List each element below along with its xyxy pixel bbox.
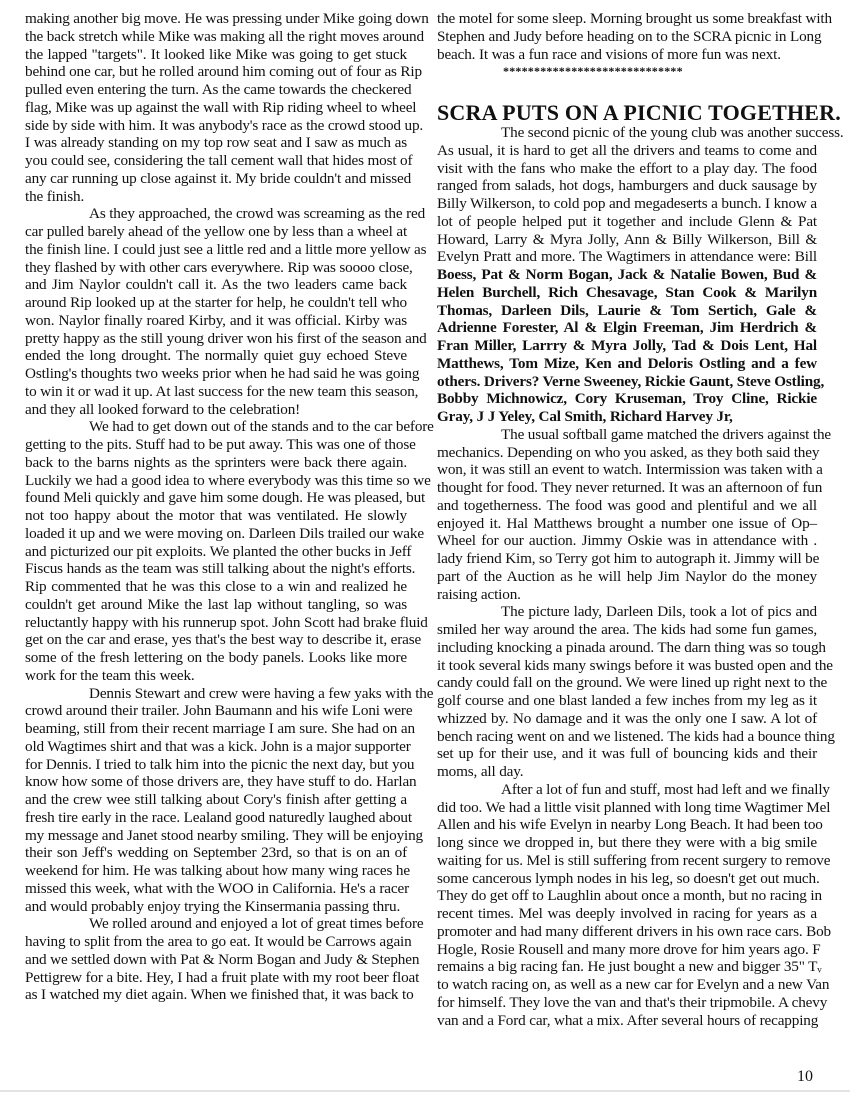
text-line: Boess, Pat & Norm Bogan, Jack & Natalie … [437, 266, 817, 284]
text-line: their son Jeff's wedding on September 23… [25, 844, 407, 862]
text-line: Howard, Larry & Myra Jolly, Ann & Billy … [437, 231, 817, 249]
text-line: Fiscus hands as the team was still talki… [25, 560, 407, 578]
text-line: know how some of those drivers are, they… [25, 773, 407, 791]
text-line: ended the long drought. The normally qui… [25, 347, 407, 365]
text-line: bench racing went on and we listened. Th… [437, 728, 817, 746]
text-line: Billy Wilkerson, to cold pop and megades… [437, 195, 817, 213]
text-line: to win it or wad it up. At last success … [25, 383, 407, 401]
text-line: As they approached, the crowd was scream… [25, 205, 407, 223]
text-line: I was already standing on my top row sea… [25, 134, 407, 152]
text-line: Fran Miller, Larrry & Myra Jolly, Tad & … [437, 337, 817, 355]
text-line: making another big move. He was pressing… [25, 10, 407, 28]
text-line: back to the barns nights as the sprinter… [25, 454, 407, 472]
text-line: around Rip looked up at the starter for … [25, 294, 407, 312]
text-line: work for the team this week. [25, 667, 407, 685]
text-line: and Jim Naylor couldn't call it. As the … [25, 276, 407, 294]
text-line: golf course and one blast landed a few i… [437, 692, 817, 710]
text-line: did too. We had a little visit planned w… [437, 799, 817, 817]
text-line: pretty happy as the still young driver w… [25, 330, 407, 348]
text-line: Dennis Stewart and crew were having a fe… [25, 685, 407, 703]
text-line: Hogle, Rosie Rousell and many more drove… [437, 941, 817, 959]
text-line: whizzed by. No damage and it was the onl… [437, 710, 817, 728]
text-line: for Dennis. I tried to talk him into the… [25, 756, 407, 774]
text-line: smiled her way around the area. The kids… [437, 621, 817, 639]
text-line: pulled even entering the turn. As the ca… [25, 81, 407, 99]
text-line: thought for food. They never returned. I… [437, 479, 817, 497]
text-line: beaming, still from their recent marriag… [25, 720, 407, 738]
text-line: loaded it up and we were moving on. Darl… [25, 525, 407, 543]
text-line: enjoyed it. Hal Matthews brought a numbe… [437, 515, 817, 533]
text-line: set up for their use, and it was full of… [437, 745, 817, 763]
text-line: others. Drivers? Verne Sweeney, Rickie G… [437, 373, 817, 391]
text-line: lot of people helped put it together and… [437, 213, 817, 231]
footer-rule [0, 1090, 850, 1092]
text-line: car pulled barely ahead of the yellow on… [25, 223, 407, 241]
text-line: the lapped "targets". It looked like Mik… [25, 46, 407, 64]
text-line: to watch racing on, as well as a new car… [437, 976, 817, 994]
text-line: and the crew wee still talking about Cor… [25, 791, 407, 809]
text-line: and we settled down with Pat & Norm Boga… [25, 951, 407, 969]
text-line: Ostling's thoughts two weeks prior when … [25, 365, 407, 383]
text-line: side by side with him. It was anybody's … [25, 117, 407, 135]
text-line: ranged from salads, hot dogs, hamburgers… [437, 177, 817, 195]
text-line: promoter and had many different drivers … [437, 923, 817, 941]
text-line: Gray, J J Yeley, Cal Smith, Richard Harv… [437, 408, 817, 426]
text-line: and they all looked forward to the celeb… [25, 401, 407, 419]
text-line: Bobby Michnowicz, Cory Kruseman, Troy Cl… [437, 390, 817, 408]
text-line: for himself. They love the van and that'… [437, 994, 817, 1012]
text-line: waiting for us. Mel is still suffering f… [437, 852, 817, 870]
text-line: The picture lady, Darleen Dils, took a l… [437, 603, 817, 621]
text-line: couldn't get around Mike the last lap wi… [25, 596, 407, 614]
text-line: any car running up close against it. My … [25, 170, 407, 188]
text-line: the back stretch while Mike was making a… [25, 28, 407, 46]
text-line: visit with the fans who make the effort … [437, 160, 817, 178]
text-line: you could see, considering the tall ceme… [25, 152, 407, 170]
text-line: found Meli quickly and gave him some dou… [25, 489, 407, 507]
text-line: the motel for some sleep. Morning brough… [437, 10, 817, 28]
text-line: they flashed by with other cars everywhe… [25, 259, 407, 277]
text-line: reluctantly happy with his runnerup spot… [25, 614, 407, 632]
page-number: 10 [797, 1068, 813, 1086]
text-line: Matthews, Tom Mize, Ken and Deloris Ostl… [437, 355, 817, 373]
text-line: getting to the pits. Stuff had to be put… [25, 436, 407, 454]
text-line: We rolled around and enjoyed a lot of gr… [25, 915, 407, 933]
text-line: remains a big racing fan. He just bought… [437, 958, 817, 976]
text-line: the finish line. I could just see a litt… [25, 241, 407, 259]
text-line: missed this week, what with the WOO in C… [25, 880, 407, 898]
text-line: After a lot of fun and stuff, most had l… [437, 781, 817, 799]
text-line: and togetherness. The food was good and … [437, 497, 817, 515]
text-line: raising action. [437, 586, 817, 604]
text-line: moms, all day. [437, 763, 817, 781]
text-line: my message and Janet stood nearby smilin… [25, 827, 407, 845]
text-line: As usual, it is hard to get all the driv… [437, 142, 817, 160]
text-line: The second picnic of the young club was … [437, 124, 817, 142]
text-line: old Wagtimes shirt and that was a kick. … [25, 738, 407, 756]
text-line: candy could fall on the ground. We were … [437, 674, 817, 692]
text-line: recent times. Mel was deeply involved in… [437, 905, 817, 923]
text-line: beach. It was a fun race and visions of … [437, 46, 817, 64]
text-line: won. Naylor finally roared Kirby, and it… [25, 312, 407, 330]
text-line: and would probably enjoy trying the Kins… [25, 898, 407, 916]
text-line: Adrienne Forester, Al & Elgin Freeman, J… [437, 319, 817, 337]
text-line: get on the car and erase, yes that's the… [25, 631, 407, 649]
text-line: Stephen and Judy before heading on to th… [437, 28, 817, 46]
text-line: Rip commented that he was this close to … [25, 578, 407, 596]
text-line: some cancerous lymph nodes in his leg, s… [437, 870, 817, 888]
text-line: and picturized our pit exploits. We plan… [25, 543, 407, 561]
section-separator: ***************************** [503, 64, 683, 78]
text-line: fresh tire early in the race. Lealand go… [25, 809, 407, 827]
text-line: We had to get down out of the stands and… [25, 418, 407, 436]
text-line: Pettigrew for a bite. Hey, I had a fruit… [25, 969, 407, 987]
text-line: having to split from the area to go eat.… [25, 933, 407, 951]
text-line: not too happy about the motor that was v… [25, 507, 407, 525]
text-line: Thomas, Darleen Dils, Laurie & Tom Serti… [437, 302, 817, 320]
text-line: including knocking a pinada around. The … [437, 639, 817, 657]
text-line: Helen Burchell, Rich Chesavage, Stan Coo… [437, 284, 817, 302]
article-headline: SCRA PUTS ON A PICNIC TOGETHER. [437, 100, 841, 126]
text-line: weekend for him. He was talking about ho… [25, 862, 407, 880]
text-line: They do get off to Laughlin about once a… [437, 887, 817, 905]
text-line: it took several kids many swings before … [437, 657, 817, 675]
text-line: some of the fresh lettering on the body … [25, 649, 407, 667]
text-line: the finish. [25, 188, 407, 206]
text-line: Luckily we had a good idea to where ever… [25, 472, 407, 490]
text-line: mechanics. Depending on who you asked, a… [437, 444, 817, 462]
newsletter-page: making another big move. He was pressing… [0, 0, 850, 1100]
text-line: Allen and his wife Evelyn in nearby Long… [437, 816, 817, 834]
text-line: The usual softball game matched the driv… [437, 426, 817, 444]
text-line: crowd around their trailer. John Baumann… [25, 702, 407, 720]
text-line: part of the Auction as he will help Jim … [437, 568, 817, 586]
text-line: lady friend Kim, so Terry got him to aut… [437, 550, 817, 568]
text-line: won, it was still an event to watch. Int… [437, 461, 817, 479]
text-line: Wheel for our auction. Jimmy Oskie was i… [437, 532, 817, 550]
text-line: as I watched my diet again. When we fini… [25, 986, 407, 1004]
text-line: Evelyn Pratt and more. The Wagtimers in … [437, 248, 817, 266]
text-line: behind one car, but he rolled around him… [25, 63, 407, 81]
text-line: van and a Ford car, what a mix. After se… [437, 1012, 817, 1030]
text-line: flag, Mike was up against the wall with … [25, 99, 407, 117]
text-line: long since we dropped in, but there they… [437, 834, 817, 852]
